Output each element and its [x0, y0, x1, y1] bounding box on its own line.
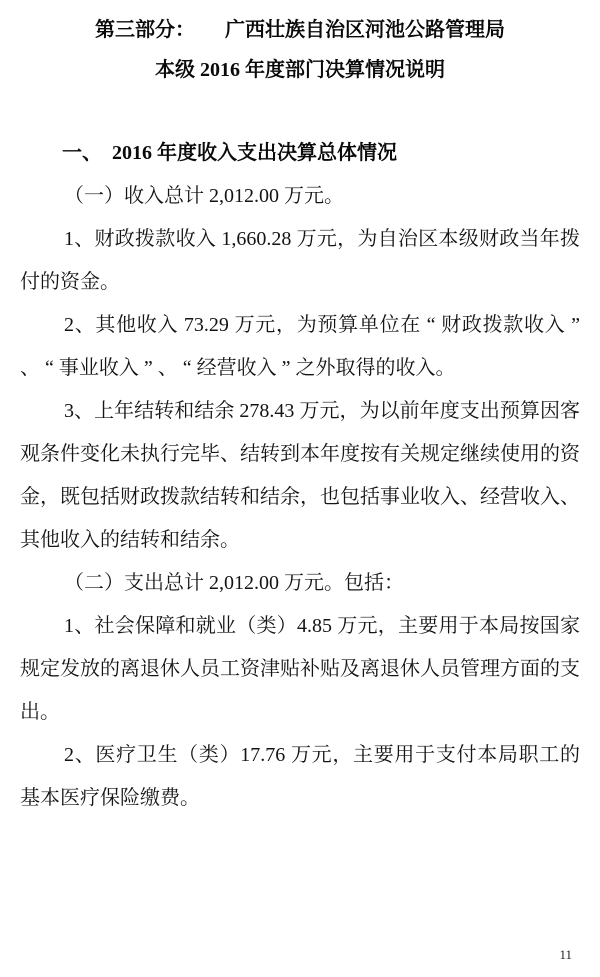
section-heading: 一、 2016 年度收入支出决算总体情况 [20, 132, 580, 175]
paragraph-other-income: 2、其他收入 73.29 万元，为预算单位在 “ 财政拨款收入 ” 、 “ 事业… [20, 304, 580, 390]
paragraph-expenditure-total: （二）支出总计 2,012.00 万元。包括： [20, 562, 580, 605]
paragraph-social-security-expenditure: 1、社会保障和就业（类）4.85 万元，主要用于本局按国家规定发放的离退休人员工… [20, 605, 580, 734]
paragraph-medical-health-expenditure: 2、医疗卫生（类）17.76 万元，主要用于支付本局职工的基本医疗保险缴费。 [20, 734, 580, 820]
title-line-2: 本级 2016 年度部门决算情况说明 [0, 50, 600, 90]
document-page: 第三部分： 广西壮族自治区河池公路管理局 本级 2016 年度部门决算情况说明 … [0, 0, 600, 977]
title-line-1: 第三部分： 广西壮族自治区河池公路管理局 [0, 10, 600, 50]
document-title: 第三部分： 广西壮族自治区河池公路管理局 本级 2016 年度部门决算情况说明 [0, 0, 600, 90]
paragraph-carryover-balance: 3、上年结转和结余 278.43 万元，为以前年度支出预算因客观条件变化未执行完… [20, 390, 580, 562]
document-body: 一、 2016 年度收入支出决算总体情况 （一）收入总计 2,012.00 万元… [20, 132, 580, 820]
paragraph-income-total: （一）收入总计 2,012.00 万元。 [20, 175, 580, 218]
page-number: 11 [559, 947, 572, 963]
paragraph-fiscal-appropriation-income: 1、财政拨款收入 1,660.28 万元，为自治区本级财政当年拨付的资金。 [20, 218, 580, 304]
